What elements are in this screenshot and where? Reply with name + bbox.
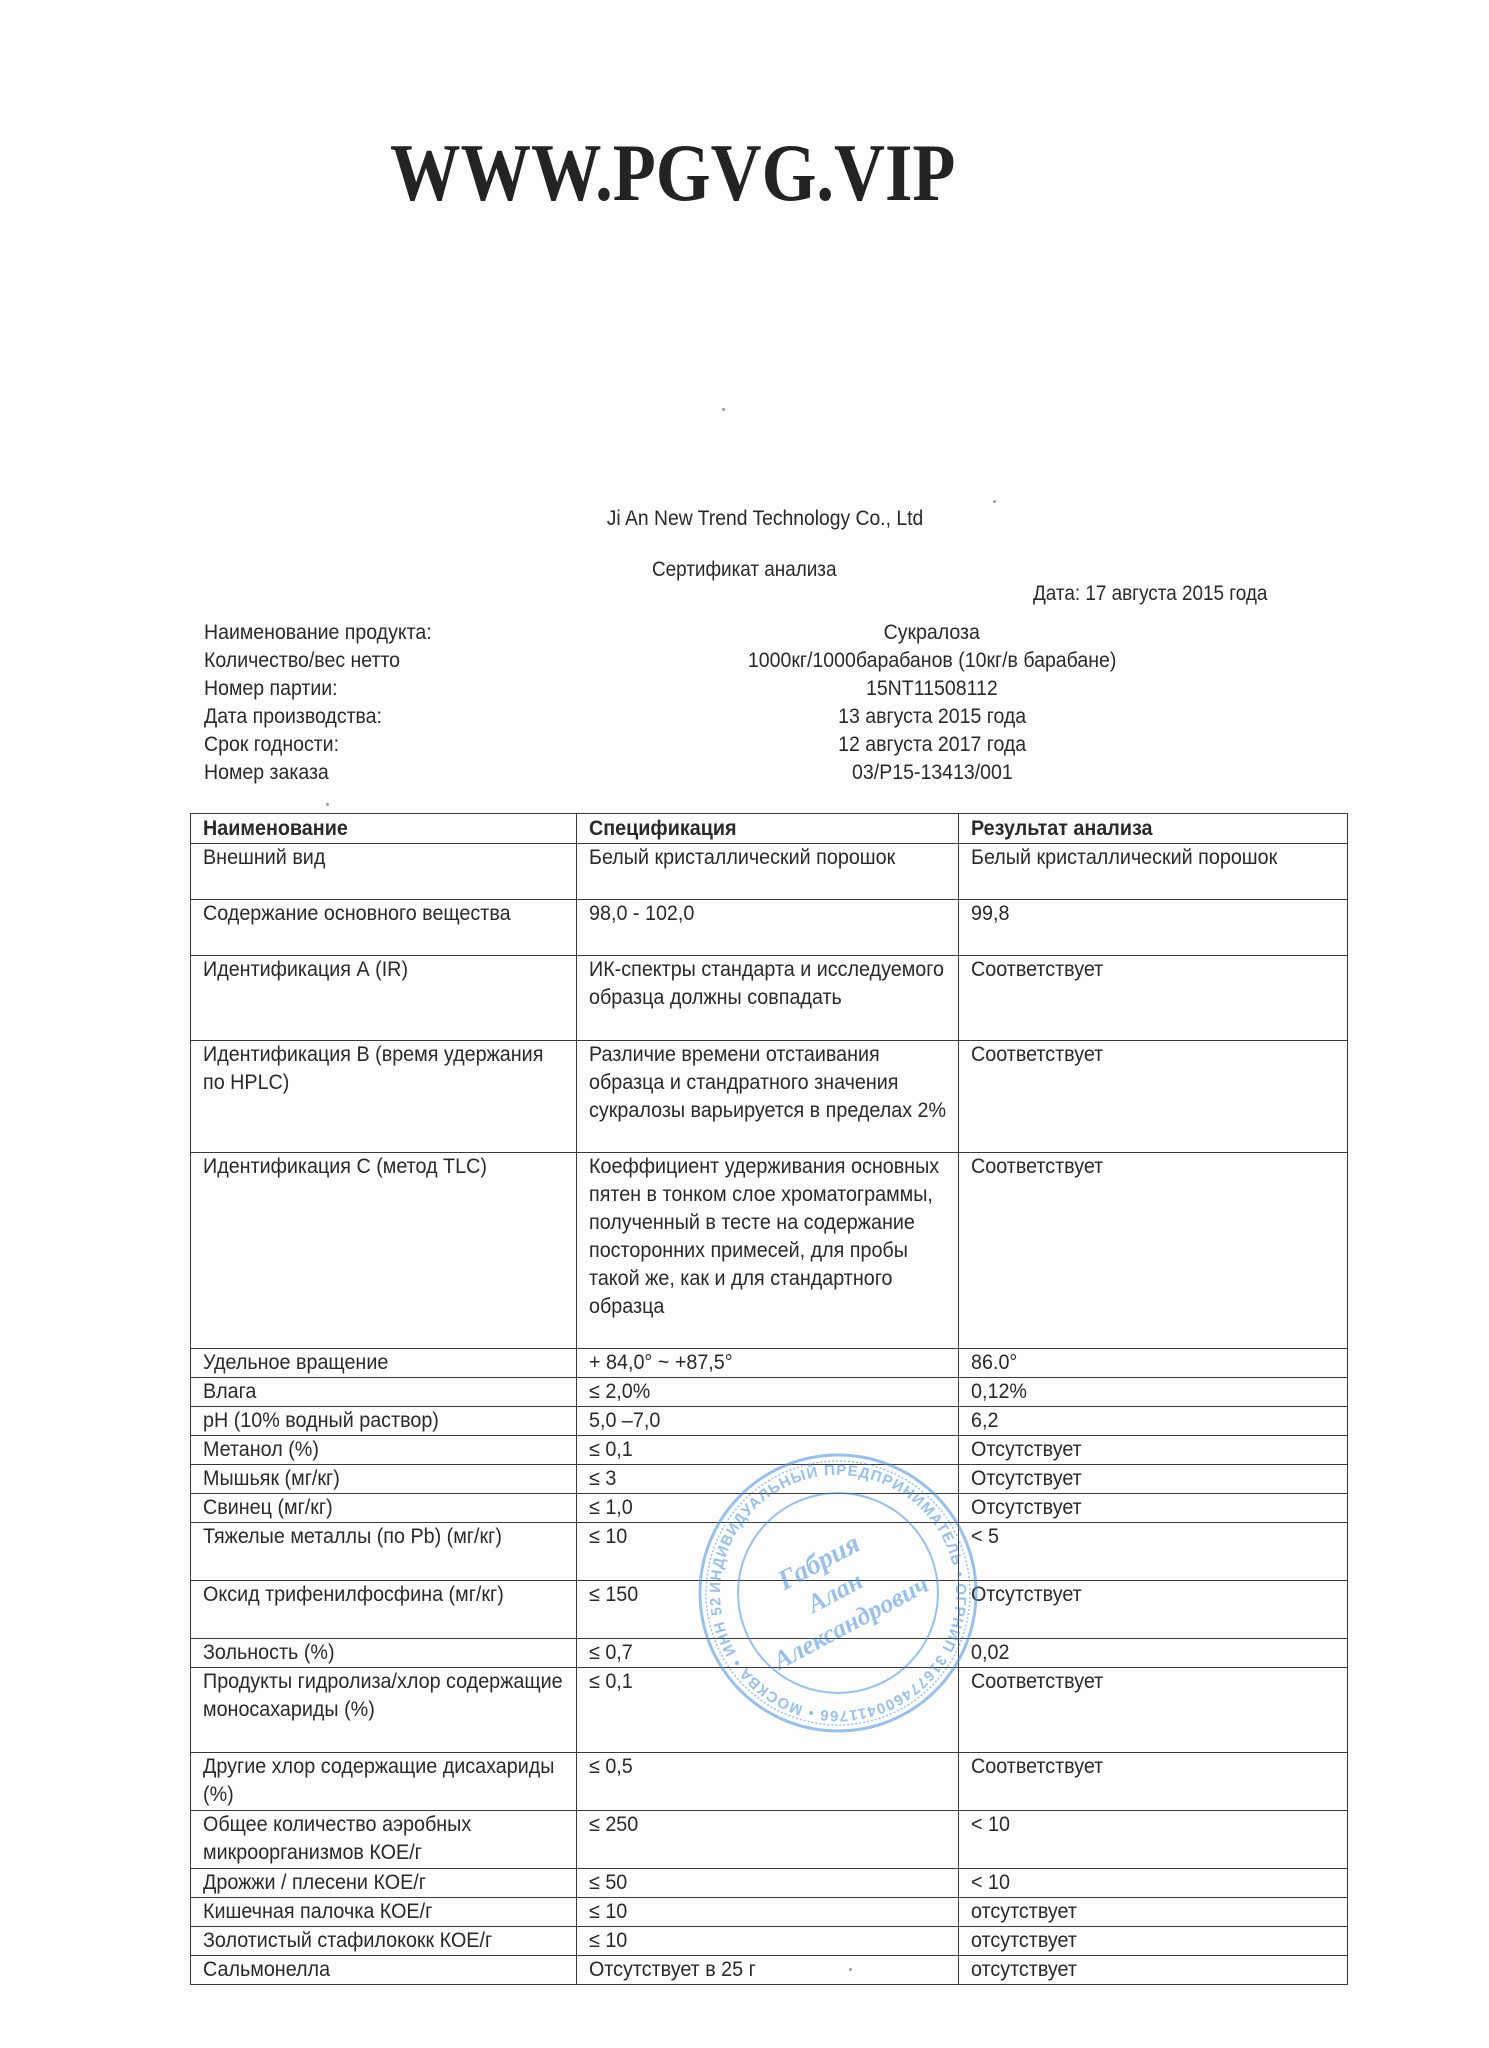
cell-spec: Коеффициент удерживания основных пятен в… [577,1153,959,1349]
info-value-text: 1000кг/1000барабанов (10кг/в барабане) [748,647,1117,675]
cell-result-text: Соответствует [971,1041,1338,1069]
cell-spec-text: ≤ 250 [589,1811,949,1839]
info-label: Номер заказа [204,759,329,787]
cell-result: Соответствует [959,956,1348,1041]
cell-name-text: Метанол (%) [203,1436,567,1464]
cell-result: 6,2 [959,1407,1348,1436]
product-info: Наименование продукта: Сукралоза Количес… [204,619,1344,787]
scan-speck [849,1968,852,1971]
cell-spec: 98,0 - 102,0 [577,900,959,956]
cell-result-text: 0,02 [971,1639,1338,1667]
cell-spec: ≤ 3 [577,1465,959,1494]
cell-result-text: отсутствует [971,1956,1338,1984]
cell-name: Внешний вид [191,844,577,900]
cell-name: Влага [191,1378,577,1407]
cell-name: Продукты гидролиза/хлор содержащие монос… [191,1668,577,1753]
cell-result-text: Отсутствует [971,1494,1338,1522]
cell-spec-text: Отсутствует в 25 г [589,1956,949,1984]
cell-name-text: Зольность (%) [203,1639,567,1667]
cell-spec: ≤ 250 [577,1811,959,1869]
cell-result: 0,02 [959,1639,1348,1668]
table-row: Кишечная палочка КОЕ/г≤ 10отсутствует [191,1898,1348,1927]
cell-spec-text: Белый кристаллический порошок [589,844,949,872]
cell-name: Свинец (мг/кг) [191,1494,577,1523]
cell-name: Метанол (%) [191,1436,577,1465]
table-row: Оксид трифенилфосфина (мг/кг)≤ 150Отсутс… [191,1581,1348,1639]
cell-name-text: pH (10% водный раствор) [203,1407,567,1435]
cell-spec-text: Различие времени отстаивания образца и с… [589,1041,949,1125]
cell-spec: ≤ 0,1 [577,1668,959,1753]
info-row-order: Номер заказа 03/P15-13413/001 [204,759,1344,787]
cell-spec: ≤ 10 [577,1898,959,1927]
cell-name-text: Тяжелые металлы (по Pb) (мг/кг) [203,1523,567,1551]
cell-name: Удельное вращение [191,1349,577,1378]
cell-name: Идентификация А (IR) [191,956,577,1041]
cell-name: Золотистый стафилококк КОЕ/г [191,1927,577,1956]
cell-spec: 5,0 –7,0 [577,1407,959,1436]
cell-result-text: < 10 [971,1869,1338,1897]
cell-result: 86.0° [959,1349,1348,1378]
cell-result: < 10 [959,1811,1348,1869]
info-value-text: 03/P15-13413/001 [852,759,1013,787]
cell-name: Идентификация С (метод TLC) [191,1153,577,1349]
cell-result-text: Отсутствует [971,1581,1338,1609]
cell-result: Соответствует [959,1041,1348,1153]
cell-spec: ≤ 150 [577,1581,959,1639]
cell-spec-text: ≤ 0,1 [589,1668,949,1696]
info-row-quantity: Количество/вес нетто 1000кг/1000барабано… [204,647,1344,675]
cell-result-text: Отсутствует [971,1465,1338,1493]
table-row: Идентификация С (метод TLC)Коеффициент у… [191,1153,1348,1349]
header-text: Спецификация [589,814,949,843]
cell-name-text: Содержание основного вещества [203,900,567,928]
cell-result-text: Соответствует [971,1753,1338,1781]
table-row: Дрожжи / плесени КОЕ/г≤ 50< 10 [191,1869,1348,1898]
cell-result-text: отсутствует [971,1898,1338,1926]
cell-result-text: 6,2 [971,1407,1338,1435]
cell-spec: Отсутствует в 25 г [577,1956,959,1985]
cell-result: Отсутствует [959,1436,1348,1465]
cell-result: Белый кристаллический порошок [959,844,1348,900]
info-value-text: 15NT11508112 [866,675,998,703]
cell-spec-text: 98,0 - 102,0 [589,900,949,928]
table-row: Идентификация А (IR)ИК-спектры стандарта… [191,956,1348,1041]
cell-result: Соответствует [959,1153,1348,1349]
cell-spec-text: ≤ 0,1 [589,1436,949,1464]
cell-name: pH (10% водный раствор) [191,1407,577,1436]
table-row: Другие хлор содержащие дисахариды (%)≤ 0… [191,1753,1348,1811]
cell-result-text: Соответствует [971,956,1338,984]
cell-name-text: Идентификация С (метод TLC) [203,1153,567,1181]
cell-name: Дрожжи / плесени КОЕ/г [191,1869,577,1898]
cell-spec: Различие времени отстаивания образца и с… [577,1041,959,1153]
cell-spec-text: ≤ 150 [589,1581,949,1609]
cell-spec-text: ≤ 10 [589,1927,949,1955]
info-value: 15NT11508112 [636,675,1228,703]
table-row: Зольность (%)≤ 0,70,02 [191,1639,1348,1668]
analysis-table: Наименование Спецификация Результат анал… [190,813,1348,1985]
info-value: 13 августа 2015 года [636,703,1228,731]
info-label: Наименование продукта: [204,619,432,647]
cell-result: Соответствует [959,1753,1348,1811]
cell-result-text: Белый кристаллический порошок [971,844,1338,872]
cell-spec: ≤ 0,7 [577,1639,959,1668]
header-result: Результат анализа [959,814,1348,844]
company-name-text: Ji An New Trend Technology Co., Ltd [606,505,922,533]
table-row: Свинец (мг/кг)≤ 1,0Отсутствует [191,1494,1348,1523]
cell-result-text: Отсутствует [971,1436,1338,1464]
cell-result: отсутствует [959,1956,1348,1985]
cell-spec-text: + 84,0° ~ +87,5° [589,1349,949,1377]
cell-name-text: Другие хлор содержащие дисахариды (%) [203,1753,567,1809]
table-row: Метанол (%)≤ 0,1Отсутствует [191,1436,1348,1465]
info-label: Срок годности: [204,731,339,759]
cell-result: Отсутствует [959,1465,1348,1494]
cell-name-text: Идентификация А (IR) [203,956,567,984]
cell-spec-text: 5,0 –7,0 [589,1407,949,1435]
table-row: Удельное вращение+ 84,0° ~ +87,5°86.0° [191,1349,1348,1378]
cell-name: Общее количество аэробных микроорганизмо… [191,1811,577,1869]
table-row: pH (10% водный раствор)5,0 –7,06,2 [191,1407,1348,1436]
info-value-text: 12 августа 2017 года [838,731,1026,759]
cell-spec: ≤ 0,1 [577,1436,959,1465]
cell-result: Соответствует [959,1668,1348,1753]
cell-name-text: Дрожжи / плесени КОЕ/г [203,1869,567,1897]
cell-spec-text: ≤ 3 [589,1465,949,1493]
header-name: Наименование [191,814,577,844]
info-row-product: Наименование продукта: Сукралоза [204,619,1344,647]
cell-spec: ≤ 10 [577,1523,959,1581]
cell-result-text: Соответствует [971,1668,1338,1696]
cell-spec: + 84,0° ~ +87,5° [577,1349,959,1378]
cell-name: Оксид трифенилфосфина (мг/кг) [191,1581,577,1639]
info-label: Количество/вес нетто [204,647,400,675]
header-text: Результат анализа [971,814,1338,843]
cell-spec: ≤ 50 [577,1869,959,1898]
cell-result: < 10 [959,1869,1348,1898]
cell-result: Отсутствует [959,1581,1348,1639]
cell-spec: ≤ 2,0% [577,1378,959,1407]
cell-result-text: 86.0° [971,1349,1338,1377]
table-row: Общее количество аэробных микроорганизмо… [191,1811,1348,1869]
info-row-batch: Номер партии: 15NT11508112 [204,675,1344,703]
cell-name: Идентификация В (время удержания по HPLC… [191,1041,577,1153]
cell-result: 99,8 [959,900,1348,956]
cell-name-text: Влага [203,1378,567,1406]
cell-spec-text: Коеффициент удерживания основных пятен в… [589,1153,949,1321]
info-row-expiry: Срок годности: 12 августа 2017 года [204,731,1344,759]
cell-name-text: Удельное вращение [203,1349,567,1377]
scan-speck [722,408,725,411]
cell-name-text: Мышьяк (мг/кг) [203,1465,567,1493]
table-row: Влага≤ 2,0%0,12% [191,1378,1348,1407]
cell-spec-text: ≤ 1,0 [589,1494,949,1522]
certificate-date: Дата: 17 августа 2015 года [1033,580,1267,608]
header-text: Наименование [203,814,567,843]
cell-spec-text: ≤ 0,7 [589,1639,949,1667]
info-value: 03/P15-13413/001 [636,759,1228,787]
table-header-row: Наименование Спецификация Результат анал… [191,814,1348,844]
cell-spec-text: ≤ 10 [589,1523,949,1551]
info-value-text: Сукралоза [884,619,980,647]
cell-spec-text: ≤ 50 [589,1869,949,1897]
cell-spec-text: ≤ 10 [589,1898,949,1926]
cell-name: Сальмонелла [191,1956,577,1985]
cell-result-text: < 10 [971,1811,1338,1839]
cell-name-text: Сальмонелла [203,1956,567,1984]
cell-spec: ≤ 1,0 [577,1494,959,1523]
scan-speck [326,803,329,806]
cell-spec: ≤ 10 [577,1927,959,1956]
cell-name: Зольность (%) [191,1639,577,1668]
cell-name-text: Общее количество аэробных микроорганизмо… [203,1811,567,1867]
cell-result: отсутствует [959,1898,1348,1927]
table-row: Мышьяк (мг/кг)≤ 3Отсутствует [191,1465,1348,1494]
cell-spec-text: ИК-спектры стандарта и исследуемого обра… [589,956,949,1012]
cell-name-text: Идентификация В (время удержания по HPLC… [203,1041,567,1097]
cell-name-text: Кишечная палочка КОЕ/г [203,1898,567,1926]
info-value: 1000кг/1000барабанов (10кг/в барабане) [636,647,1228,675]
cell-name-text: Продукты гидролиза/хлор содержащие монос… [203,1668,567,1724]
cell-name: Другие хлор содержащие дисахариды (%) [191,1753,577,1811]
company-name: Ji An New Trend Technology Co., Ltd [0,505,1489,533]
cell-name-text: Внешний вид [203,844,567,872]
table-row: Идентификация В (время удержания по HPLC… [191,1041,1348,1153]
info-value: 12 августа 2017 года [636,731,1228,759]
table-row: Тяжелые металлы (по Pb) (мг/кг)≤ 10< 5 [191,1523,1348,1581]
table-row: Внешний видБелый кристаллический порошок… [191,844,1348,900]
cell-result-text: 0,12% [971,1378,1338,1406]
cell-result: 0,12% [959,1378,1348,1407]
scan-speck [993,500,996,503]
cell-result: Отсутствует [959,1494,1348,1523]
certificate-title: Сертификат анализа [652,556,837,584]
info-row-production-date: Дата производства: 13 августа 2015 года [204,703,1344,731]
cell-result-text: 99,8 [971,900,1338,928]
info-value: Сукралоза [636,619,1228,647]
cell-result: < 5 [959,1523,1348,1581]
cell-name-text: Оксид трифенилфосфина (мг/кг) [203,1581,567,1609]
cell-spec: ИК-спектры стандарта и исследуемого обра… [577,956,959,1041]
header-spec: Спецификация [577,814,959,844]
cell-name-text: Золотистый стафилококк КОЕ/г [203,1927,567,1955]
table-row: СальмонеллаОтсутствует в 25 готсутствует [191,1956,1348,1985]
cell-spec-text: ≤ 2,0% [589,1378,949,1406]
cell-name-text: Свинец (мг/кг) [203,1494,567,1522]
table-row: Золотистый стафилококк КОЕ/г≤ 10отсутств… [191,1927,1348,1956]
info-value-text: 13 августа 2015 года [838,703,1026,731]
table-row: Содержание основного вещества98,0 - 102,… [191,900,1348,956]
cell-result-text: < 5 [971,1523,1338,1551]
cell-name: Содержание основного вещества [191,900,577,956]
cell-result: отсутствует [959,1927,1348,1956]
cell-name: Тяжелые металлы (по Pb) (мг/кг) [191,1523,577,1581]
info-label: Номер партии: [204,675,338,703]
cell-result-text: отсутствует [971,1927,1338,1955]
table-body: Внешний видБелый кристаллический порошок… [191,844,1348,1985]
cell-name: Мышьяк (мг/кг) [191,1465,577,1494]
table-row: Продукты гидролиза/хлор содержащие монос… [191,1668,1348,1753]
cell-spec: ≤ 0,5 [577,1753,959,1811]
cell-spec: Белый кристаллический порошок [577,844,959,900]
cell-name: Кишечная палочка КОЕ/г [191,1898,577,1927]
watermark-url: WWW.PGVG.VIP [390,128,923,218]
info-label: Дата производства: [204,703,382,731]
cell-result-text: Соответствует [971,1153,1338,1181]
cell-spec-text: ≤ 0,5 [589,1753,949,1781]
